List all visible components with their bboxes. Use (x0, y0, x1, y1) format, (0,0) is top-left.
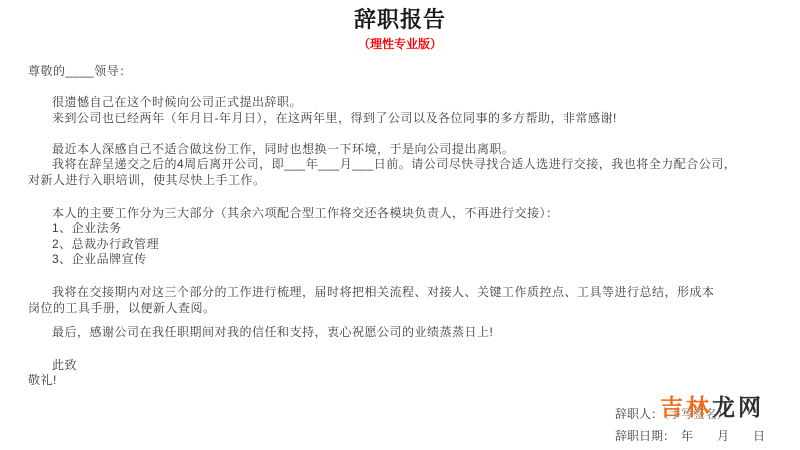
doc-line: 很遗憾自己在这个时候向公司正式提出辞职。 (28, 95, 774, 111)
blank-line (28, 268, 774, 284)
resign-date-line: 辞职日期： 年 月 日 (615, 425, 800, 447)
doc-line: 本人的主要工作分为三大部分（其余六项配合型工作将交还各模块负责人，不再进行交接）… (28, 206, 774, 222)
closing-jingli: 敬礼! (28, 373, 774, 389)
letter-body: 尊敬的____领导： 很遗憾自己在这个时候向公司正式提出辞职。 来到公司也已经两… (28, 64, 774, 389)
resignation-letter-page: 辞职报告 （理性专业版） 尊敬的____领导： 很遗憾自己在这个时候向公司正式提… (0, 0, 800, 450)
blank-line (28, 80, 774, 96)
page-subtitle: （理性专业版） (0, 37, 800, 52)
doc-line: 对新人进行入职培训，使其尽快上手工作。 (28, 173, 774, 189)
doc-line: 来到公司也已经两年（年月日-年月日），在这两年里，得到了公司以及各位同事的多方帮… (28, 111, 774, 127)
list-item-1: 1、企业法务 (28, 221, 774, 237)
doc-line: 最近本人深感自己不适合做这份工作，同时也想换一下环境，于是向公司提出离职。 (28, 142, 774, 158)
watermark-part1: 吉林 (660, 394, 712, 420)
doc-line: 我将在辞呈递交之后的4周后离开公司，即___年___月___日前。请公司尽快寻找… (28, 157, 774, 173)
salutation: 尊敬的____领导： (28, 64, 774, 80)
doc-line: 最后，感谢公司在我任职期间对我的信任和支持，衷心祝愿公司的业绩蒸蒸日上! (28, 325, 774, 341)
site-watermark: 吉林龙网 (660, 394, 764, 420)
list-item-3: 3、企业品牌宣传 (28, 252, 774, 268)
signer-label: 辞职人： (615, 407, 663, 421)
doc-line: 我将在交接期内对这三个部分的工作进行梳理，届时将把相关流程、对接人、关键工作质控… (28, 285, 774, 301)
signature-block: 辞职人：（手写签名） 辞职日期： 年 月 日 吉林龙网 (615, 403, 800, 447)
blank-line (28, 340, 774, 356)
doc-line: 岗位的工具手册，以便新人查阅。 (28, 301, 774, 317)
blank-line (28, 126, 774, 142)
closing-cizhi: 此致 (28, 358, 774, 374)
blank-line (28, 188, 774, 204)
list-item-2: 2、总裁办行政管理 (28, 237, 774, 253)
page-title: 辞职报告 (0, 0, 800, 33)
spacer (28, 316, 774, 325)
watermark-part2: 龙网 (712, 394, 764, 420)
